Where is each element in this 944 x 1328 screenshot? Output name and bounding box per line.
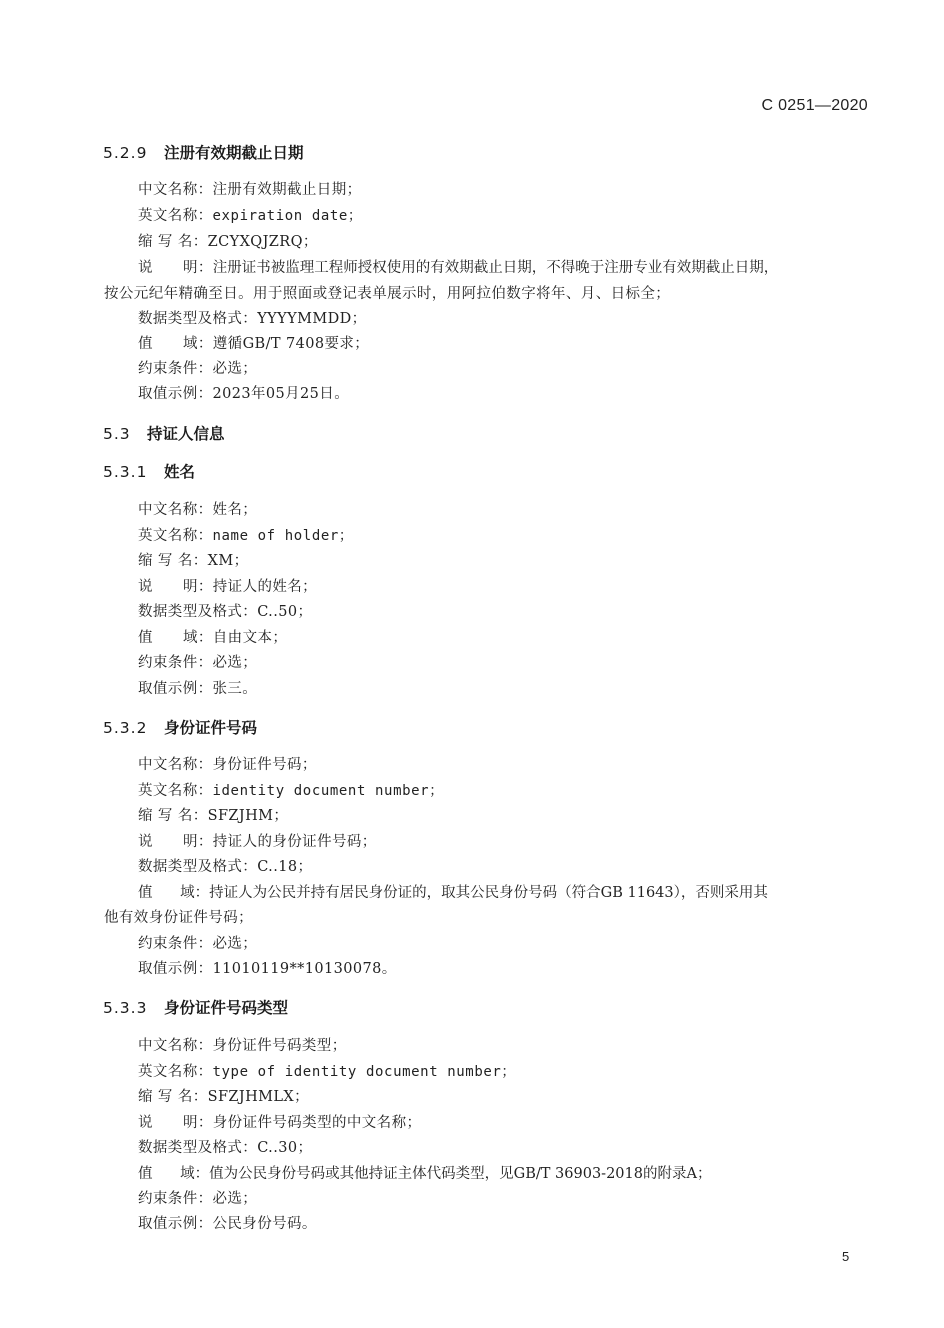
field-label: 缩 写 名： — [138, 1089, 208, 1105]
field-value: SFZJHM； — [208, 808, 289, 824]
section-heading-5-3-3: 5.3.3身份证件号码类型 — [103, 996, 288, 1018]
field-domain: 值 域：值为公民身份号码或其他持证主体代码类型，见GB/T 36903-2018… — [138, 1162, 711, 1183]
field-label: 数据类型及格式： — [138, 311, 257, 327]
field-label: 值 域： — [138, 885, 209, 901]
field-value: 11010119**10130078。 — [213, 961, 397, 977]
field-value: 持证人为公民并持有居民身份证的，取其公民身份号码（符合GB 11643），否则采… — [209, 885, 768, 901]
field-label: 值 域： — [138, 336, 213, 352]
field-en-name: 英文名称：type of identity document number； — [138, 1060, 516, 1081]
field-value: 注册证书被监理工程师授权使用的有效期截止日期，不得晚于注册专业有效期截止日期， — [213, 260, 779, 276]
section-number: 5.3 — [103, 425, 147, 443]
field-value: 注册有效期截止日期； — [213, 182, 362, 198]
section-title: 姓名 — [164, 463, 195, 481]
section-title: 持证人信息 — [147, 425, 225, 443]
field-value: expiration date； — [213, 208, 363, 224]
field-value: 身份证件号码； — [213, 757, 317, 773]
field-value: 2023年05月25日。 — [213, 386, 350, 402]
field-label: 缩 写 名： — [138, 808, 208, 824]
field-value: 必选； — [213, 361, 258, 377]
field-label: 缩 写 名： — [138, 553, 208, 569]
field-value: C..30； — [257, 1140, 312, 1156]
field-label: 中文名称： — [138, 182, 213, 198]
field-label: 英文名称： — [138, 1064, 213, 1080]
field-domain: 值 域：遵循GB/T 7408要求； — [138, 332, 369, 353]
field-label: 说 明： — [138, 834, 213, 850]
field-cn-name: 中文名称：姓名； — [138, 498, 257, 519]
field-example: 取值示例：2023年05月25日。 — [138, 382, 349, 403]
field-format: 数据类型及格式：C..30； — [138, 1136, 312, 1157]
section-title: 身份证件号码 — [164, 719, 257, 737]
section-number: 5.3.3 — [103, 999, 164, 1017]
field-desc: 说 明：持证人的姓名； — [138, 575, 317, 596]
section-number: 5.3.1 — [103, 463, 164, 481]
field-value: 持证人的姓名； — [213, 579, 317, 595]
field-label: 约束条件： — [138, 1191, 213, 1207]
field-constraint: 约束条件：必选； — [138, 651, 257, 672]
field-value: 身份证件号码类型； — [213, 1038, 347, 1054]
field-value: 遵循GB/T 7408要求； — [213, 336, 369, 352]
field-label: 约束条件： — [138, 936, 213, 952]
field-value: 姓名； — [213, 502, 258, 518]
field-abbr: 缩 写 名：SFZJHM； — [138, 804, 288, 825]
field-label: 值 域： — [138, 1166, 209, 1182]
field-label: 取值示例： — [138, 961, 213, 977]
section-number: 5.2.9 — [103, 144, 164, 162]
page-number: 5 — [842, 1249, 849, 1264]
field-label: 中文名称： — [138, 502, 213, 518]
field-label: 英文名称： — [138, 528, 213, 544]
field-value: 必选； — [213, 655, 258, 671]
field-example: 取值示例：11010119**10130078。 — [138, 957, 397, 978]
field-value: 必选； — [213, 936, 258, 952]
field-domain-continued: 他有效身份证件号码； — [104, 906, 253, 927]
field-value: 张三。 — [213, 681, 258, 697]
field-desc-continued: 按公元纪年精确至日。用于照面或登记表单展示时，用阿拉伯数字将年、月、日标全； — [104, 282, 670, 303]
field-label: 说 明： — [138, 260, 213, 276]
field-value: 必选； — [213, 1191, 258, 1207]
field-label: 英文名称： — [138, 783, 213, 799]
field-value: 身份证件号码类型的中文名称； — [213, 1115, 422, 1131]
field-constraint: 约束条件：必选； — [138, 932, 257, 953]
field-constraint: 约束条件：必选； — [138, 1187, 257, 1208]
field-format: 数据类型及格式：YYYYMMDD； — [138, 307, 367, 328]
field-desc: 说 明：身份证件号码类型的中文名称； — [138, 1111, 421, 1132]
field-label: 缩 写 名： — [138, 234, 208, 250]
field-label: 中文名称： — [138, 1038, 213, 1054]
field-value: type of identity document number； — [213, 1064, 517, 1080]
field-value: 公民身份号码。 — [213, 1216, 317, 1232]
field-label: 说 明： — [138, 579, 213, 595]
field-label: 约束条件： — [138, 655, 213, 671]
field-label: 取值示例： — [138, 386, 213, 402]
field-value: identity document number； — [213, 783, 444, 799]
section-number: 5.3.2 — [103, 719, 164, 737]
field-cn-name: 中文名称：身份证件号码类型； — [138, 1034, 347, 1055]
field-value: XM； — [208, 553, 249, 569]
field-desc: 说 明：持证人的身份证件号码； — [138, 830, 377, 851]
field-en-name: 英文名称：expiration date； — [138, 204, 363, 225]
standard-code: C 0251—2020 — [762, 97, 869, 115]
field-en-name: 英文名称：identity document number； — [138, 779, 444, 800]
field-abbr: 缩 写 名：ZCYXQJZRQ； — [138, 230, 318, 251]
field-format: 数据类型及格式：C..50； — [138, 600, 312, 621]
field-cn-name: 中文名称：注册有效期截止日期； — [138, 178, 362, 199]
field-abbr: 缩 写 名：XM； — [138, 549, 249, 570]
field-label: 约束条件： — [138, 361, 213, 377]
field-value: 自由文本； — [213, 630, 288, 646]
field-example: 取值示例：张三。 — [138, 677, 257, 698]
field-label: 数据类型及格式： — [138, 1140, 257, 1156]
section-heading-5-3: 5.3持证人信息 — [103, 422, 225, 444]
field-value: 持证人的身份证件号码； — [213, 834, 377, 850]
field-format: 数据类型及格式：C..18； — [138, 855, 312, 876]
section-heading-5-3-1: 5.3.1姓名 — [103, 460, 195, 482]
field-constraint: 约束条件：必选； — [138, 357, 257, 378]
field-label: 值 域： — [138, 630, 213, 646]
field-domain: 值 域：自由文本； — [138, 626, 287, 647]
field-cn-name: 中文名称：身份证件号码； — [138, 753, 317, 774]
field-value: 值为公民身份号码或其他持证主体代码类型，见GB/T 36903-2018的附录A… — [209, 1166, 711, 1182]
field-value: name of holder； — [213, 528, 354, 544]
section-title: 身份证件号码类型 — [164, 999, 288, 1017]
field-label: 取值示例： — [138, 1216, 213, 1232]
field-label: 取值示例： — [138, 681, 213, 697]
field-desc: 说 明：注册证书被监理工程师授权使用的有效期截止日期，不得晚于注册专业有效期截止… — [138, 256, 778, 277]
section-heading-5-2-9: 5.2.9注册有效期截止日期 — [103, 141, 304, 163]
field-label: 英文名称： — [138, 208, 213, 224]
section-title: 注册有效期截止日期 — [164, 144, 304, 162]
field-domain: 值 域：持证人为公民并持有居民身份证的，取其公民身份号码（符合GB 11643）… — [138, 881, 768, 902]
section-heading-5-3-2: 5.3.2身份证件号码 — [103, 716, 257, 738]
field-label: 数据类型及格式： — [138, 859, 257, 875]
field-label: 说 明： — [138, 1115, 213, 1131]
field-value: C..18； — [257, 859, 312, 875]
field-value: ZCYXQJZRQ； — [208, 234, 318, 250]
field-label: 数据类型及格式： — [138, 604, 257, 620]
field-value: C..50； — [257, 604, 312, 620]
document-page: C 0251—2020 5.2.9注册有效期截止日期 中文名称：注册有效期截止日… — [0, 0, 944, 1328]
field-label: 中文名称： — [138, 757, 213, 773]
field-value: SFZJHMLX； — [208, 1089, 309, 1105]
field-abbr: 缩 写 名：SFZJHMLX； — [138, 1085, 309, 1106]
field-value: YYYYMMDD； — [257, 311, 366, 327]
field-example: 取值示例：公民身份号码。 — [138, 1212, 317, 1233]
field-en-name: 英文名称：name of holder； — [138, 524, 354, 545]
